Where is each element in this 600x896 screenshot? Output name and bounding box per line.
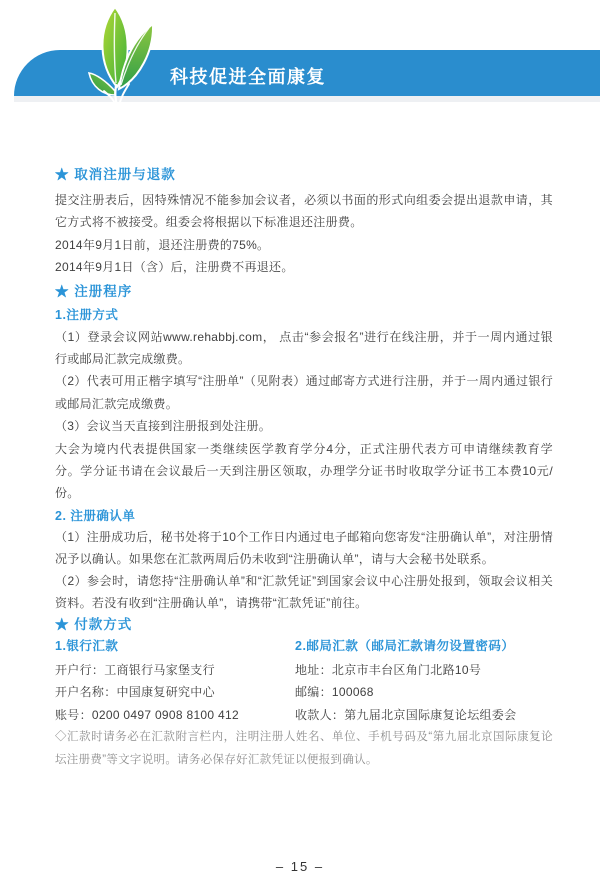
paragraph-method-mail: （2）代表可用正楷字填写“注册单”（见附表）通过邮寄方式进行注册，并于一周内通过… [55, 370, 553, 415]
section-heading-payment-method: ★ 付款方式 [55, 615, 553, 635]
paragraph-credit-info: 大会为境内代表提供国家一类继续医学教育学分4分，正式注册代表方可申请继续教育学分… [55, 438, 553, 505]
subheading-confirmation-slip: 2. 注册确认单 [55, 507, 553, 525]
paragraph-refund-policy: 提交注册表后，因特殊情况不能参加会议者，必须以书面的形式向组委会提出退款申请，其… [55, 189, 553, 234]
postal-address-row: 地址：北京市丰台区角门北路10号 [295, 659, 553, 682]
subheading-registration-method: 1.注册方式 [55, 306, 553, 324]
paragraph-method-online: （1）登录会议网站www.rehabbj.com， 点击“参会报名”进行在线注册… [55, 326, 553, 371]
paragraph-refund-before-date: 2014年9月1日前，退还注册费的75%。 [55, 234, 553, 256]
postal-code-row: 邮编：100068 [295, 681, 553, 704]
paragraph-refund-after-date: 2014年9月1日（含）后，注册费不再退还。 [55, 256, 553, 278]
paragraph-confirmation-checkin: （2）参会时，请您持“注册确认单”和“汇款凭证”到国家会议中心注册处报到，领取会… [55, 570, 553, 614]
bank-account-name-row: 开户名称：中国康复研究中心 [55, 681, 295, 704]
section-heading-registration-procedure: ★ 注册程序 [55, 282, 553, 302]
remittance-note: ◇汇款时请务必在汇款附言栏内，注明注册人姓名、单位、手机号码及“第九届北京国际康… [55, 726, 553, 771]
postal-remittance-column: 2.邮局汇款（邮局汇款请勿设置密码） 地址：北京市丰台区角门北路10号 邮编：1… [295, 637, 553, 727]
document-page: 科技促进全面康复 [0, 0, 600, 896]
green-leaves-logo-icon [86, 5, 158, 109]
payment-columns: 1.银行汇款 开户行：工商银行马家堡支行 开户名称：中国康复研究中心 账号：02… [55, 637, 553, 727]
header-slogan: 科技促进全面康复 [170, 63, 326, 89]
paragraph-confirmation-email: （1）注册成功后，秘书处将于10个工作日内通过电子邮箱向您寄发“注册确认单”，对… [55, 526, 553, 570]
subheading-bank-transfer: 1.银行汇款 [55, 637, 295, 655]
paragraph-method-onsite: （3）会议当天直接到注册报到处注册。 [55, 415, 553, 437]
section-heading-cancel-refund: ★ 取消注册与退款 [55, 165, 553, 185]
page-number: – 15 – [0, 859, 600, 874]
postal-payee-row: 收款人：第九届北京国际康复论坛组委会 [295, 704, 553, 727]
bank-branch-row: 开户行：工商银行马家堡支行 [55, 659, 295, 682]
bank-account-number-row: 账号：0200 0497 0908 8100 412 [55, 704, 295, 727]
subheading-postal-remittance: 2.邮局汇款（邮局汇款请勿设置密码） [295, 637, 553, 655]
bank-transfer-column: 1.银行汇款 开户行：工商银行马家堡支行 开户名称：中国康复研究中心 账号：02… [55, 637, 295, 727]
page-content: ★ 取消注册与退款 提交注册表后，因特殊情况不能参加会议者，必须以书面的形式向组… [55, 160, 553, 771]
